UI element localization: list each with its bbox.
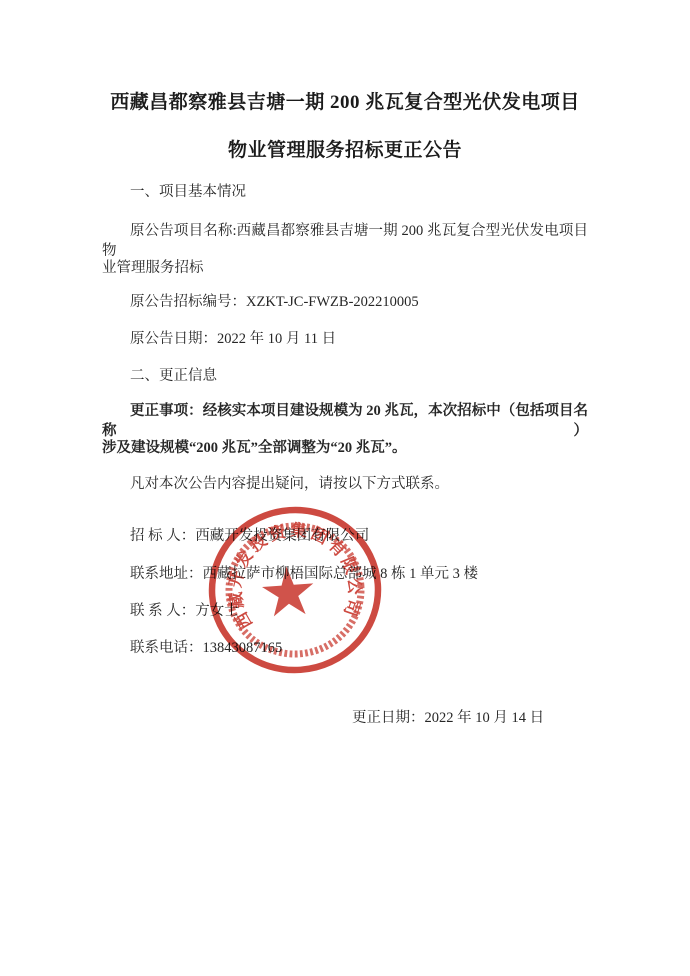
contact-phone: 联系电话：13843087165 [102,638,588,658]
paragraph-bid-number: 原公告招标编号：XZKT-JC-FWZB-202210005 [102,292,588,312]
paragraph-project-name-line-2: 业管理服务招标 [102,258,588,278]
paragraph-correction-line-1: 更正事项：经核实本项目建设规模为 20 兆瓦，本次招标中（包括项目名称） [102,401,588,441]
document-title-line-1: 西藏昌都察雅县吉塘一期 200 兆瓦复合型光伏发电项目 [0,87,690,114]
document-title-line-2: 物业管理服务招标更正公告 [0,135,690,162]
paragraph-correction-line-2: 涉及建设规模“200 兆瓦”全部调整为“20 兆瓦”。 [102,438,588,458]
section-1-heading: 一、项目基本情况 [102,182,588,202]
correction-date: 更正日期：2022 年 10 月 14 日 [352,708,544,728]
contact-bidder: 招 标 人：西藏开发投资集团有限公司 [102,526,588,546]
contact-person: 联 系 人：方女士 [102,601,588,621]
document-page: 西藏昌都察雅县吉塘一期 200 兆瓦复合型光伏发电项目 物业管理服务招标更正公告… [0,0,690,976]
paragraph-original-date: 原公告日期：2022 年 10 月 11 日 [102,329,588,349]
contact-address: 联系地址：西藏拉萨市柳梧国际总部城 8 栋 1 单元 3 楼 [102,564,588,584]
section-2-heading: 二、更正信息 [102,366,588,386]
paragraph-project-name-line-1: 原公告项目名称:西藏昌都察雅县吉塘一期 200 兆瓦复合型光伏发电项目物 [102,221,588,261]
paragraph-contact-note: 凡对本次公告内容提出疑问，请按以下方式联系。 [102,474,588,494]
